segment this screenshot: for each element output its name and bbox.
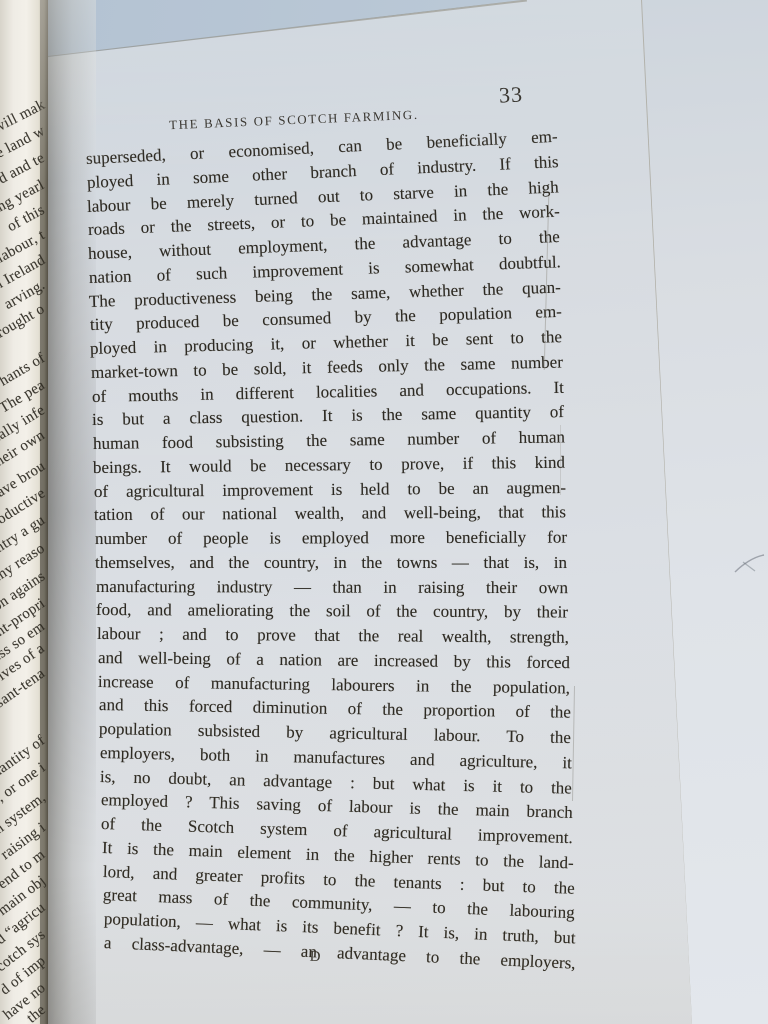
text-line: of agricultural improvement is held to b… xyxy=(94,475,566,502)
text-line: food, and ameliorating the soil of the c… xyxy=(96,598,568,623)
text-line: employers, both in manufactures and agri… xyxy=(99,741,571,774)
text-line: human food subsisting the same number of… xyxy=(92,425,564,455)
text-line: roads or the streets, or to be maintaine… xyxy=(87,200,560,241)
page-crease xyxy=(544,195,550,370)
text-line: ployed in producing it, or whether it be… xyxy=(90,325,562,360)
text-line: employed ? This saving of labour is the … xyxy=(101,788,573,824)
text-line: labour ; and to prove that the real weal… xyxy=(97,622,569,649)
text-line: and this forced diminution of the propor… xyxy=(98,693,570,724)
text-line: nation of such improvement is somewhat d… xyxy=(88,250,561,289)
book-photo: THE BASIS OF SCOTCH FARMING. 33 supersed… xyxy=(0,0,768,1024)
page-crease xyxy=(560,425,561,495)
text-line: tation of our national wealth, and well-… xyxy=(94,501,566,527)
text-line: labour be merely turned out to starve in… xyxy=(87,175,560,218)
page-number: 33 xyxy=(498,81,523,108)
text-line: population subsisted by agricultural lab… xyxy=(99,717,571,749)
text-line: a class-advantage, — an advantage to the… xyxy=(104,931,577,975)
text-line: market-town to be sold, it feeds only th… xyxy=(91,350,563,384)
page-crease xyxy=(572,686,575,801)
text-line: beings. It would be necessary to prove, … xyxy=(93,450,565,478)
text-line: is but a class question. It is the same … xyxy=(92,400,564,431)
text-line: of mouths in different localities and oc… xyxy=(91,375,563,407)
left-page-edge: will make land wd and teing yearlof this… xyxy=(0,0,48,1024)
text-line: number of people is employed more benefi… xyxy=(95,526,567,550)
signature-mark: D xyxy=(300,948,331,966)
text-line: superseded, or economised, can be benefi… xyxy=(85,125,558,170)
pencil-mark xyxy=(733,550,767,578)
text-line: It is the main element in the higher ren… xyxy=(102,836,575,874)
text-line: great mass of the community, — to the la… xyxy=(103,883,576,924)
text-line: house, without employment, the advantage… xyxy=(88,225,561,265)
text-line: The productiveness being the same, wheth… xyxy=(89,275,561,312)
text-line: tity produced be consumed by the populat… xyxy=(90,300,562,336)
text-line: and well-being of a nation are increased… xyxy=(97,646,569,674)
text-line: manufacturing industry — than in raising… xyxy=(96,575,568,599)
text-line: of the Scotch system of agricultural imp… xyxy=(101,812,573,849)
text-line: lord, and greater profits to the tenants… xyxy=(102,860,575,900)
text-line: increase of manufacturing labourers in t… xyxy=(98,670,570,699)
text-line: population, — what is its benefit ? It i… xyxy=(103,907,576,949)
text-line: ployed in some other branch of industry.… xyxy=(86,150,559,194)
text-line: is, no doubt, an advantage : but what is… xyxy=(100,765,572,800)
running-title: THE BASIS OF SCOTCH FARMING. xyxy=(150,107,438,134)
text-line: themselves, and the country, in the town… xyxy=(95,551,567,574)
